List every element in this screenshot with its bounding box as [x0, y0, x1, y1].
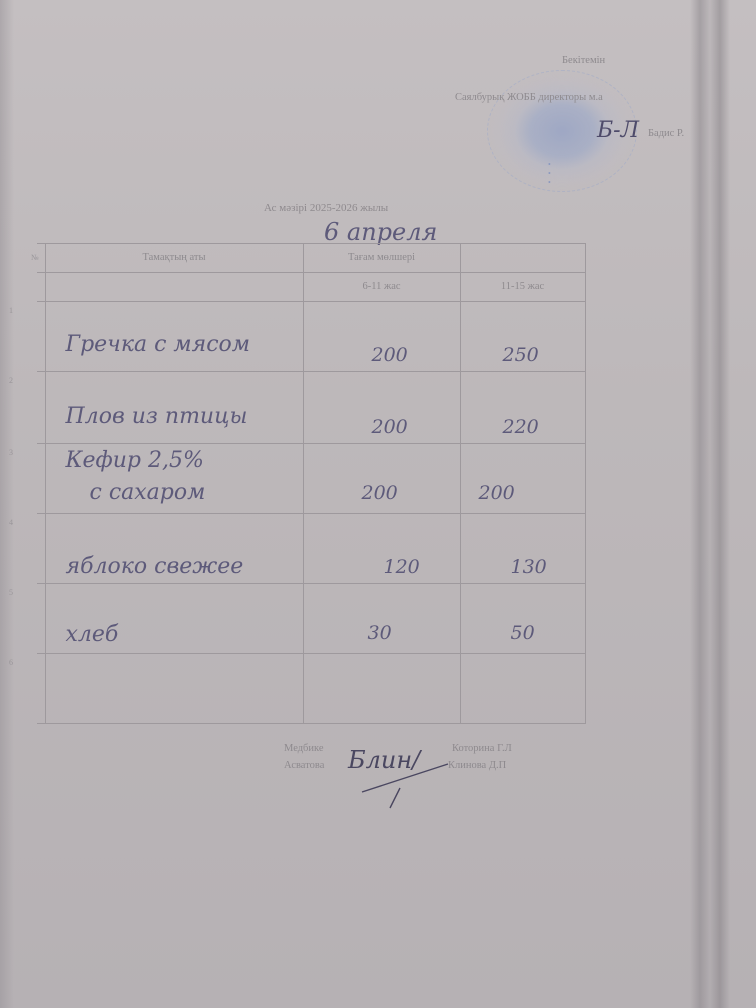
- footer-left-name: Асватова: [284, 760, 324, 771]
- dish-name-line2: с сахаром: [90, 480, 206, 505]
- table-row: 1 Гречка с мясом 200 250: [37, 302, 585, 372]
- table-row: 2 Плов из птицы 200 220: [37, 372, 585, 444]
- row-number: 4: [9, 518, 13, 527]
- handwritten-date: 6 апреля: [324, 218, 437, 246]
- table-row: 5 хлеб 30 50: [37, 584, 585, 654]
- qty-6-11: 120: [384, 556, 420, 578]
- qty-11-15: 200: [479, 482, 515, 504]
- row-number: 5: [9, 588, 13, 597]
- col-dish-name-header: Тамақтың аты: [46, 244, 303, 272]
- qty-11-15: 220: [503, 416, 539, 438]
- qty-6-11: 200: [362, 482, 398, 504]
- footer-left-role: Медбике: [284, 743, 324, 754]
- stamp-dots: •••: [548, 160, 552, 187]
- qty-11-15: 250: [503, 344, 539, 366]
- qty-11-15: 50: [511, 622, 535, 644]
- age-group-11-15-header: 11-15 жас: [461, 273, 585, 301]
- row-number: 3: [9, 448, 13, 457]
- age-group-6-11-header: 6-11 жас: [304, 273, 460, 301]
- director-signature: Б-Л: [597, 118, 639, 143]
- table-header-row: № Тамақтың аты Тағам мөлшері: [37, 244, 585, 273]
- table-row: 6: [37, 654, 585, 724]
- signature-stroke-icon: [360, 760, 450, 810]
- dish-name: Плов из птицы: [66, 404, 248, 429]
- qty-6-11: 30: [368, 622, 392, 644]
- footer-right-name: Клинова Д.П: [448, 760, 506, 771]
- page-edge-shadow: [0, 0, 14, 1008]
- dish-name: Кефир 2,5%: [66, 448, 204, 473]
- dish-name: Гречка с мясом: [66, 332, 251, 357]
- qty-6-11: 200: [372, 416, 408, 438]
- row-number: 6: [9, 658, 13, 667]
- qty-11-15: 130: [511, 556, 547, 578]
- director-name: Бадис Р.: [648, 128, 684, 139]
- table-row: 4 яблоко свежее 120 130: [37, 514, 585, 584]
- table-row: 3 Кефир 2,5% с сахаром 200 200: [37, 444, 585, 514]
- table-subheader-row: 6-11 жас 11-15 жас: [37, 273, 585, 302]
- col-number-header: №: [31, 253, 39, 262]
- approval-word: Бекітемін: [562, 55, 605, 66]
- footer-right-role: Которина Г.Л: [452, 743, 512, 754]
- row-number: 2: [9, 376, 13, 385]
- page-fold-shadow: [690, 0, 730, 1008]
- menu-title: Ас мәзірі 2025-2026 жылы: [264, 202, 388, 214]
- dish-name: хлеб: [66, 622, 119, 647]
- director-line: Саялбурық ЖОББ директоры м.а: [455, 92, 603, 103]
- row-number: 1: [9, 306, 13, 315]
- qty-6-11: 200: [372, 344, 408, 366]
- dish-name: яблоко свежее: [66, 554, 244, 579]
- col-portion-header: Тағам мөлшері: [304, 244, 460, 272]
- menu-table: № Тамақтың аты Тағам мөлшері 6-11 жас 11…: [37, 243, 586, 724]
